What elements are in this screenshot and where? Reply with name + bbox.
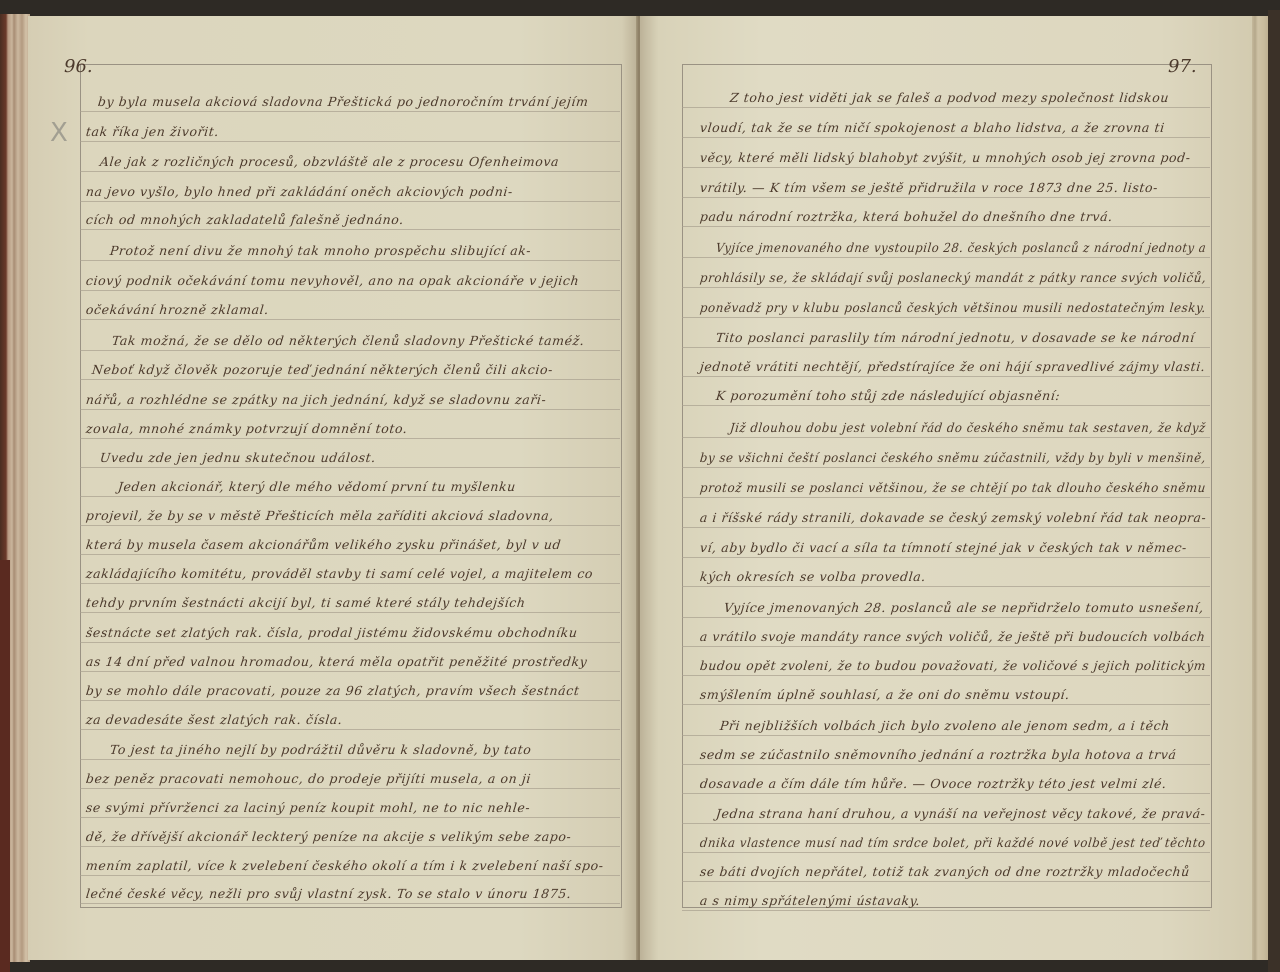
text-line: smýšlením úplně souhlasí, a že oni do sn…: [699, 687, 1070, 702]
text-line: K porozumění toho stůj zde následující o…: [715, 388, 1061, 403]
text-line: dnika vlastence musí nad tím srdce bolet…: [699, 835, 1206, 850]
text-line: na jevo vyšlo, bylo hned při zakládání o…: [85, 184, 514, 199]
text-line: jednotě vrátiti nechtějí, předstírajíce …: [699, 359, 1206, 374]
text-line: protož musili se poslanci většinou, že s…: [699, 480, 1207, 495]
ruled-line: [682, 287, 1210, 288]
ruled-line: [80, 759, 620, 760]
margin-x-mark: X: [50, 118, 68, 148]
text-line: a i říšské rády stranili, dokavade se če…: [699, 510, 1207, 525]
ruled-line: [80, 467, 620, 468]
ruled-line: [682, 197, 1210, 198]
left-cover-binding: [0, 560, 10, 972]
text-line: se svými přívrženci za laciný peníz koup…: [85, 800, 531, 815]
text-line: Při nejbližších volbách jich bylo zvolen…: [719, 718, 1170, 733]
ruled-line: [682, 557, 1210, 558]
text-line: prohlásily se, že skládají svůj poslanec…: [699, 270, 1207, 285]
ruled-line: [80, 260, 620, 261]
ruled-line: [80, 379, 620, 380]
text-line: tehdy prvním šestnácti akcijí byl, ti sa…: [85, 595, 526, 610]
ruled-line: [80, 290, 620, 291]
text-line: vloudí, tak že se tím ničí spokojenost a…: [699, 120, 1165, 135]
ruled-line: [80, 438, 620, 439]
ruled-line: [80, 201, 620, 202]
ruled-line: [682, 793, 1210, 794]
ruled-line: [80, 496, 620, 497]
ruled-line: [80, 229, 620, 230]
text-line: očekávání hrozně zklamal.: [85, 302, 270, 317]
right-cover: [1268, 10, 1280, 972]
ruled-line: [80, 846, 620, 847]
ruled-line: [682, 617, 1210, 618]
ruled-line: [682, 317, 1210, 318]
text-line: ciový podnik očekávání tomu nevyhověl, a…: [85, 273, 580, 288]
ruled-line: [80, 583, 620, 584]
ruled-line: [682, 376, 1210, 377]
ruled-line: [80, 642, 620, 643]
text-line: Ale jak z rozličných procesů, obzvláště …: [99, 154, 560, 169]
text-line: by se všichni čeští poslanci českého sně…: [699, 450, 1207, 465]
text-line: se báti dvojích nepřátel, totiž tak zvan…: [699, 864, 1190, 879]
text-line: zakládajícího komitétu, prováděl stavby …: [85, 566, 594, 581]
ruled-line: [80, 700, 620, 701]
text-line: která by musela časem akcionářům velikéh…: [85, 537, 562, 552]
ruled-line: [682, 910, 1210, 911]
text-line: by se mohlo dále pracovati, pouze za 96 …: [85, 683, 580, 698]
text-line: tak říka jen živořit.: [85, 124, 220, 139]
ruled-line: [80, 525, 620, 526]
ruled-line: [80, 788, 620, 789]
ruled-line: [682, 347, 1210, 348]
ruled-line: [80, 875, 620, 876]
text-line: a vrátilo svoje mandáty rance svých voli…: [699, 629, 1206, 644]
text-line: Protož není divu že mnohý tak mnoho pros…: [109, 243, 532, 258]
ruled-line: [80, 671, 620, 672]
text-line: Z toho jest viděti jak se faleš a podvod…: [729, 90, 1170, 105]
text-line: projevil, že by se v městě Přešticích mě…: [85, 508, 555, 523]
ruled-line: [80, 111, 620, 112]
ruled-line: [682, 107, 1210, 108]
text-line: šestnácte set zlatých rak. čísla, prodal…: [85, 625, 578, 640]
ruled-line: [682, 823, 1210, 824]
ruled-line: [80, 817, 620, 818]
text-line: Jedna strana haní druhou, a vynáší na ve…: [715, 806, 1206, 821]
ruled-line: [80, 171, 620, 172]
text-line: věcy, které měli lidský blahobyt zvýšit,…: [699, 150, 1191, 165]
text-line: bez peněz pracovati nemohouc, do prodeje…: [85, 771, 532, 786]
text-line: padu národní roztržka, která bohužel do …: [699, 209, 1113, 224]
ruled-line: [682, 497, 1210, 498]
text-line: vrátily. — K tím všem se ještě přidružil…: [699, 180, 1159, 195]
text-line: nářů, a rozhlédne se zpátky na jich jedn…: [85, 392, 547, 407]
ruled-line: [80, 554, 620, 555]
text-line: sedm se zúčastnilo sněmovního jednání a …: [699, 747, 1177, 762]
text-line: budou opět zvoleni, že to budou považova…: [699, 658, 1207, 673]
text-line: a s nimy spřátelenými ústavaky.: [699, 893, 921, 908]
text-line: mením zaplatil, více k zvelebení českého…: [85, 858, 604, 873]
text-line: Neboť když člověk pozoruje teď jednání n…: [91, 362, 554, 377]
text-line: ví, aby bydlo či vací a síla ta tímnotí …: [699, 540, 1188, 555]
text-line: Tak možná, že se dělo od některých členů…: [111, 333, 585, 348]
ruled-line: [80, 319, 620, 320]
text-line: lečné české věcy, nežli pro svůj vlastní…: [85, 886, 572, 901]
text-line: kých okresích se volba provedla.: [699, 569, 927, 584]
ruled-line: [682, 852, 1210, 853]
text-line: Jeden akcionář, který dle mého vědomí pr…: [117, 479, 517, 494]
ruled-line: [80, 350, 620, 351]
ruled-line: [682, 257, 1210, 258]
ruled-line: [80, 903, 620, 904]
text-line: Již dlouhou dobu jest volební řád do čes…: [729, 420, 1206, 435]
open-book: 96. X 97. by byla musela akciová sladovn…: [0, 0, 1280, 972]
text-line: Vyjíce jmenovaného dne vystoupilo 28. če…: [715, 240, 1207, 255]
ruled-line: [682, 881, 1210, 882]
text-line: dosavade a čím dále tím hůře. — Ovoce ro…: [699, 776, 1167, 791]
text-line: by byla musela akciová sladovna Přeštick…: [97, 94, 589, 109]
ruled-line: [80, 612, 620, 613]
text-line: Uvedu zde jen jednu skutečnou událost.: [99, 450, 377, 465]
ruled-line: [682, 226, 1210, 227]
ruled-line: [682, 675, 1210, 676]
ruled-line: [682, 764, 1210, 765]
ruled-line: [682, 586, 1210, 587]
ruled-line: [682, 167, 1210, 168]
ruled-line: [682, 527, 1210, 528]
ruled-line: [80, 409, 620, 410]
ruled-line: [80, 141, 620, 142]
ruled-line: [682, 467, 1210, 468]
ruled-line: [682, 137, 1210, 138]
text-line: dě, že dřívější akcionář leckterý peníze…: [85, 829, 572, 844]
text-line: as 14 dní před valnou hromadou, která mě…: [85, 654, 588, 669]
left-page-number: 96.: [64, 56, 93, 77]
text-line: zovala, mnohé známky potvrzují domnění t…: [85, 421, 408, 436]
ruled-line: [682, 704, 1210, 705]
text-line: za devadesáte šest zlatých rak. čísla.: [85, 712, 343, 727]
ruled-line: [682, 405, 1210, 406]
ruled-line: [682, 437, 1210, 438]
text-line: cích od mnohých zakladatelů falešně jedn…: [85, 212, 404, 227]
ruled-line: [682, 646, 1210, 647]
ruled-line: [80, 729, 620, 730]
right-page-number: 97.: [1168, 56, 1197, 77]
ruled-line: [682, 735, 1210, 736]
text-line: Vyjíce jmenovaných 28. poslanců ale se n…: [723, 600, 1204, 615]
text-line: poněvadž pry v klubu poslanců českých vě…: [699, 300, 1207, 315]
text-line: Tito poslanci paraslily tím národní jedn…: [715, 330, 1195, 345]
text-line: To jest ta jiného nejlí by podrážtil dův…: [109, 742, 532, 757]
